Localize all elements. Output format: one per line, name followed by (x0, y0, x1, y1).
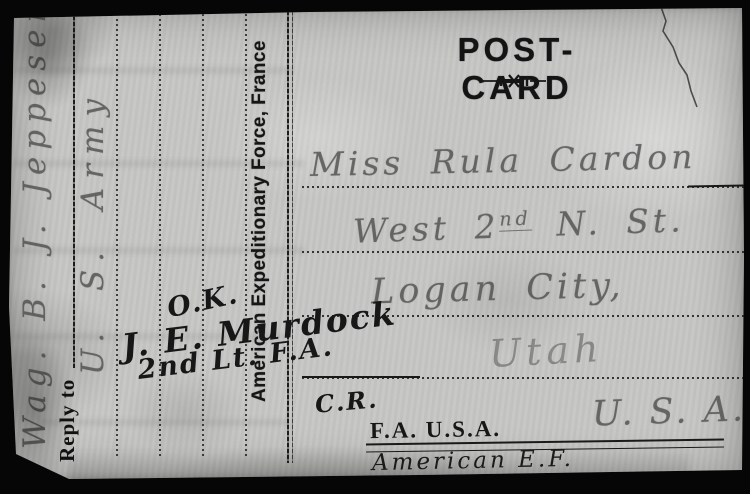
address-line-2: West 2nd N. St. (352, 200, 685, 251)
address-dotted-line (302, 186, 744, 188)
edge-wear (69, 447, 689, 494)
corner-wear (1, 0, 91, 109)
address-line-2-pre: West 2 (352, 207, 500, 251)
footer-initials: C.R. (314, 384, 380, 418)
postcard-scan: Reply to American Expeditionary Force, F… (0, 0, 750, 494)
postcard-paper: Reply to American Expeditionary Force, F… (9, 7, 744, 479)
crease-crack (639, 7, 729, 117)
footer-unit: F.A. U.S.A. (370, 416, 501, 444)
address-line-5: U. S. A. (591, 389, 746, 434)
address-line-3: Logan City, (371, 266, 626, 313)
address-line-2-post: N. St. (531, 200, 685, 244)
address-line-4: Utah (488, 326, 605, 376)
corner-wear (0, 337, 75, 487)
divider-ornament-icon (481, 73, 547, 89)
postcard-title: POST-CARD (403, 31, 631, 107)
sender-army-handwritten: U. S. Army (75, 90, 111, 375)
address-line-1: Miss Rula Cardon (310, 137, 697, 184)
address-dotted-line (302, 251, 744, 253)
address-line-2-ordinal: nd (499, 207, 532, 232)
